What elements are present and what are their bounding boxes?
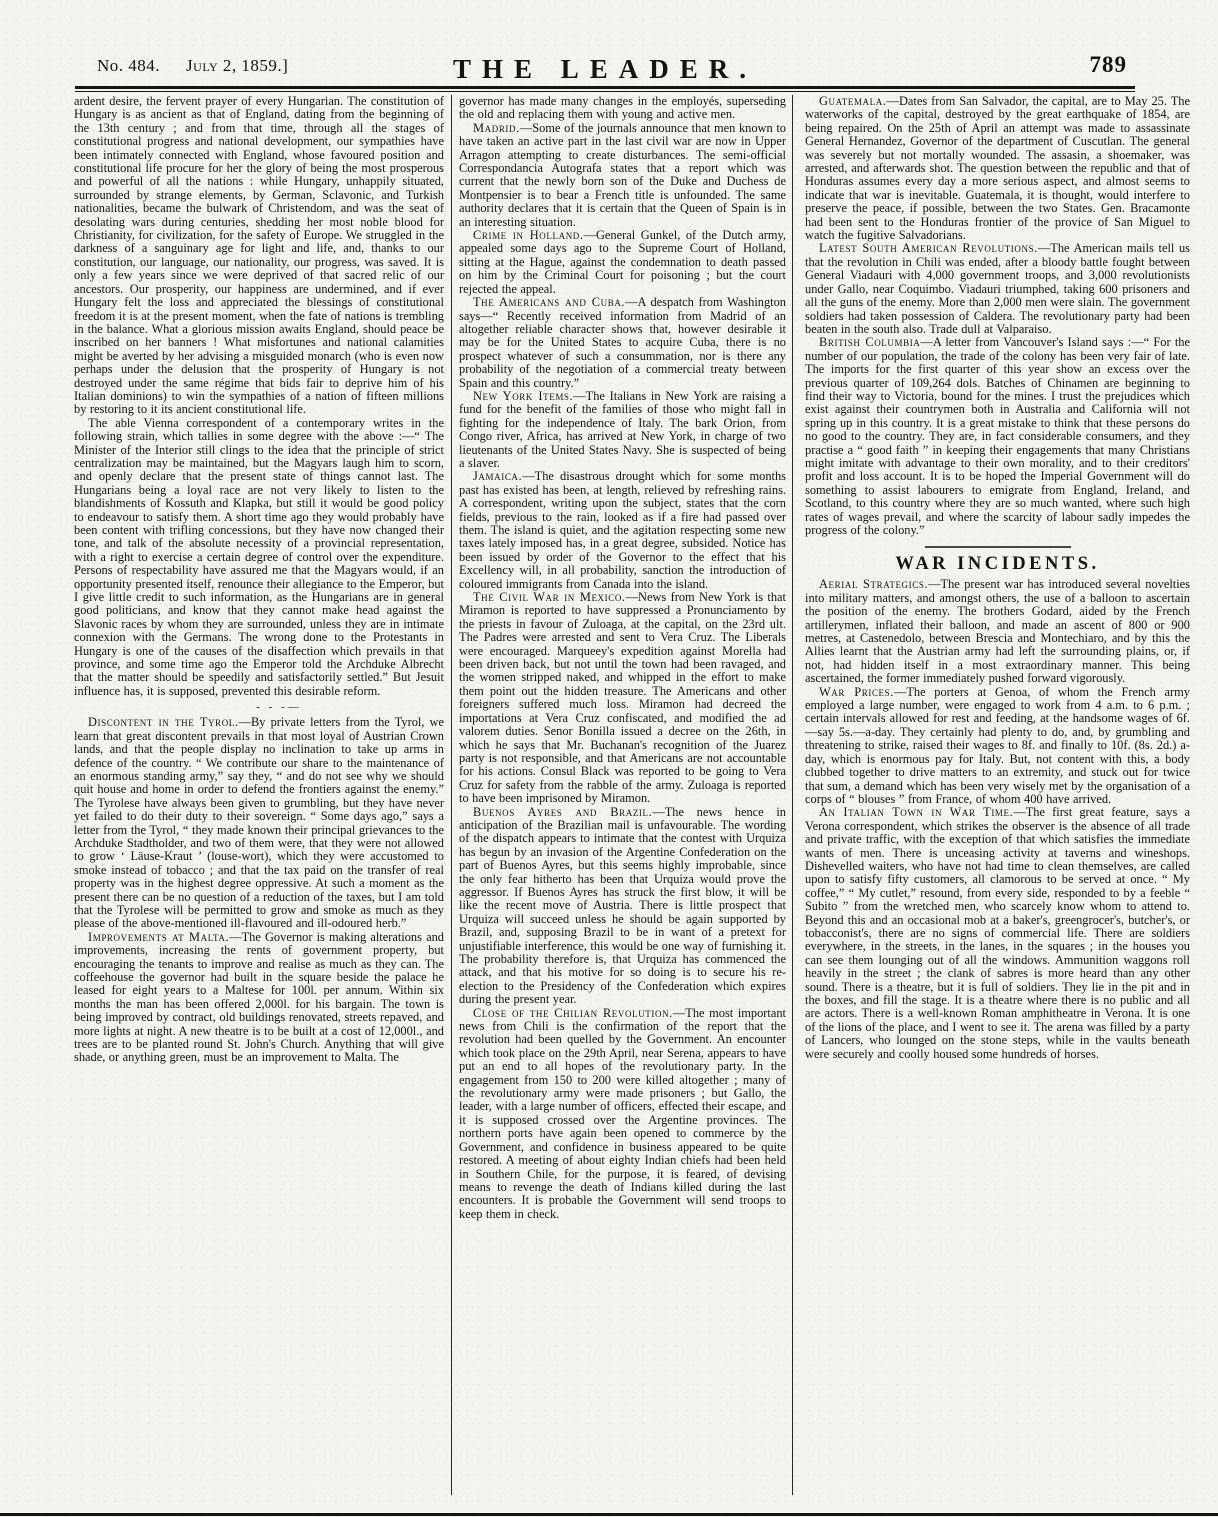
news-item-title: The Americans and Cuba. [473,295,625,309]
masthead: No. 484.July 2, 1859.] THE LEADER. 789 [75,56,1135,86]
article-paragraph: governor has made many changes in the em… [459,95,786,122]
newspaper-page: No. 484.July 2, 1859.] THE LEADER. 789 a… [0,0,1218,1517]
news-item: Jamaica.—The disastrous drought which fo… [459,470,786,591]
article-paragraph: ardent desire, the fervent prayer of eve… [74,95,444,417]
news-item-title: New York Items. [473,389,573,403]
page-number: 789 [1090,52,1128,78]
news-item-title: Buenos Ayres and Brazil. [473,805,652,819]
masthead-rule [75,86,1135,92]
paper-title: THE LEADER. [75,54,1135,85]
news-item-title: Improvements at Malta. [88,930,229,944]
column-2: governor has made many changes in the em… [452,95,793,1495]
news-item: Improvements at Malta.—The Governor is m… [74,931,444,1065]
news-item: An Italian Town in War Time.—The first g… [805,806,1190,1061]
news-item: Crime in Holland.—General Gunkel, of the… [459,229,786,296]
news-item-title: War Prices. [819,685,894,699]
page-bottom-rule [0,1513,1218,1516]
article-paragraph: The able Vienna correspondent of a conte… [74,417,444,699]
section-rule [925,546,1071,548]
dash-divider: - - -— [114,700,444,714]
news-item: War Prices.—The porters at Genoa, of who… [805,686,1190,807]
news-item: Guatemala.—Dates from San Salvador, the … [805,95,1190,242]
news-item: British Columbia—A letter from Vancouver… [805,336,1190,537]
article-columns: ardent desire, the fervent prayer of eve… [74,95,1194,1495]
column-3: Guatemala.—Dates from San Salvador, the … [793,95,1194,1495]
news-item: Latest South American Revolutions.—The A… [805,242,1190,336]
news-item: Discontent in the Tyrol.—By private lett… [74,716,444,931]
news-item-title: Madrid. [473,121,520,135]
section-heading: WAR INCIDENTS. [805,553,1190,575]
news-item-title: An Italian Town in War Time. [819,805,1013,819]
news-item-title: Guatemala. [819,94,887,108]
news-item: Aerial Strategics.—The present war has i… [805,578,1190,685]
news-item: Madrid.—Some of the journals announce th… [459,122,786,229]
news-item-title: Aerial Strategics. [819,577,928,591]
news-item: Close of the Chilian Revolution.—The mos… [459,1007,786,1222]
news-item-title: British Columbia [819,335,920,349]
news-item-title: Latest South American Revolutions. [819,241,1038,255]
news-item-title: Jamaica. [473,469,522,483]
news-item: The Americans and Cuba.—A despatch from … [459,296,786,390]
column-1: ardent desire, the fervent prayer of eve… [74,95,452,1495]
news-item-title: The Civil War in Mexico. [473,590,626,604]
news-item: Buenos Ayres and Brazil.—The news hence … [459,806,786,1007]
news-item: New York Items.—The Italians in New York… [459,390,786,470]
news-item-title: Close of the Chilian Revolution. [473,1006,673,1020]
news-item: The Civil War in Mexico.—News from New Y… [459,591,786,806]
news-item-title: Crime in Holland. [473,228,584,242]
news-item-title: Discontent in the Tyrol. [88,715,239,729]
